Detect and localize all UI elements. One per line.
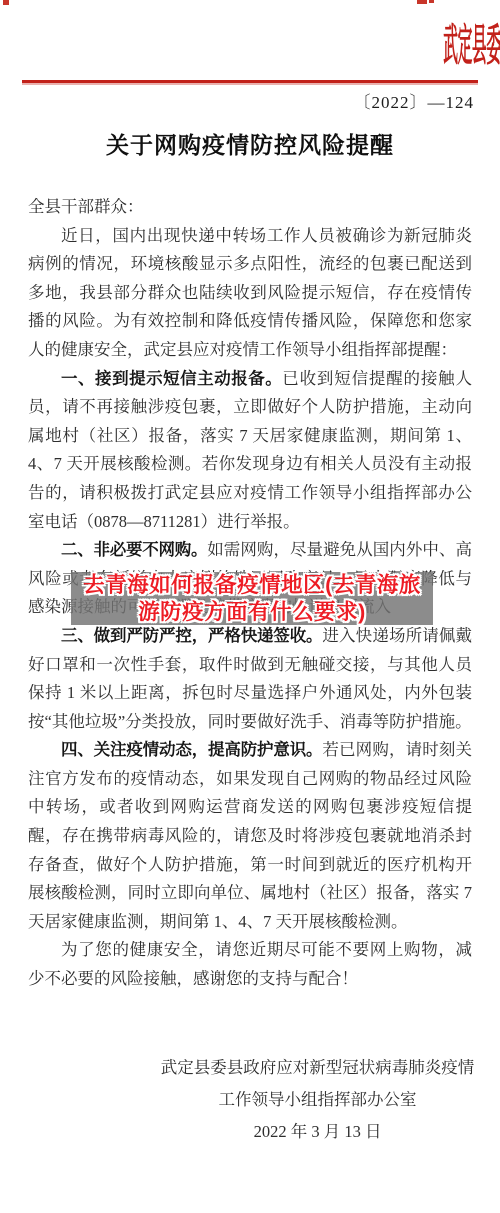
watermark-text-line2: 游防疫方面有什么要求) bbox=[138, 599, 366, 626]
watermark-banner: 去青海如何报备疫情地区(去青海旅 游防疫方面有什么要求) bbox=[71, 572, 433, 625]
red-edge-mark bbox=[3, 0, 9, 5]
signature-org-line2: 工作领导小组指挥部办公室 bbox=[145, 1084, 490, 1116]
letterhead: 武定县委县政府应对新型冠状病毒肺炎疫情工作领导小组指挥部办公室 bbox=[0, 0, 500, 68]
paragraph-section-4: 四、关注疫情动态，提高防护意识。若已网购，请时刻关注官方发布的疫情动态，如果发现… bbox=[28, 736, 472, 936]
letterhead-rule bbox=[22, 80, 478, 83]
watermark-text-line1: 去青海如何报备疫情地区(去青海旅 bbox=[83, 572, 421, 599]
paragraph-text: 已收到短信提醒的接触人员，请不再接触涉疫包裹，立即做好个人防护措施，主动向属地村… bbox=[28, 369, 472, 531]
section-heading: 一、接到提示短信主动报备。 bbox=[61, 370, 282, 388]
salutation: 全县干部群众： bbox=[28, 193, 472, 222]
paragraph-section-1: 一、接到提示短信主动报备。已收到短信提醒的接触人员，请不再接触涉疫包裹，立即做好… bbox=[28, 365, 472, 537]
signature-date: 2022 年 3 月 13 日 bbox=[145, 1116, 490, 1148]
letterhead-org-name: 武定县委县政府应对新型冠状病毒肺炎疫情工作领导小组指挥部办公室 bbox=[443, 24, 500, 68]
signature-block: 武定县委县政府应对新型冠状病毒肺炎疫情 工作领导小组指挥部办公室 2022 年 … bbox=[145, 1052, 490, 1148]
red-edge-mark bbox=[429, 0, 434, 3]
section-heading: 二、非必要不网购。 bbox=[61, 541, 207, 559]
paragraph-text: 近日，国内出现快递中转场工作人员被确诊为新冠肺炎病例的情况，环境核酸显示多点阳性… bbox=[28, 226, 472, 359]
paragraph-section-3: 三、做到严防严控，严格快递签收。进入快递场所请佩戴好口罩和一次性手套，取件时做到… bbox=[28, 622, 472, 736]
paragraph-intro: 近日，国内出现快递中转场工作人员被确诊为新冠肺炎病例的情况，环境核酸显示多点阳性… bbox=[28, 222, 472, 365]
paragraph-closing: 为了您的健康安全，请您近期尽可能不要网上购物，减少不必要的风险接触，感谢您的支持… bbox=[28, 936, 472, 993]
document-title: 关于网购疫情防控风险提醒 bbox=[0, 129, 500, 163]
section-heading: 四、关注疫情动态，提高防护意识。 bbox=[61, 741, 322, 759]
paragraph-text: 若已网购，请时刻关注官方发布的疫情动态，如果发现自己网购的物品经过风险中转场，或… bbox=[28, 740, 472, 931]
red-edge-mark bbox=[417, 0, 427, 4]
paragraph-text: 为了您的健康安全，请您近期尽可能不要网上购物，减少不必要的风险接触，感谢您的支持… bbox=[28, 940, 472, 988]
document-number: 〔2022〕—124 bbox=[0, 93, 474, 113]
signature-org-line1: 武定县委县政府应对新型冠状病毒肺炎疫情 bbox=[145, 1052, 490, 1084]
section-heading: 三、做到严防严控，严格快递签收。 bbox=[61, 627, 322, 645]
document-page: 武定县委县政府应对新型冠状病毒肺炎疫情工作领导小组指挥部办公室 〔2022〕—1… bbox=[0, 0, 500, 1213]
